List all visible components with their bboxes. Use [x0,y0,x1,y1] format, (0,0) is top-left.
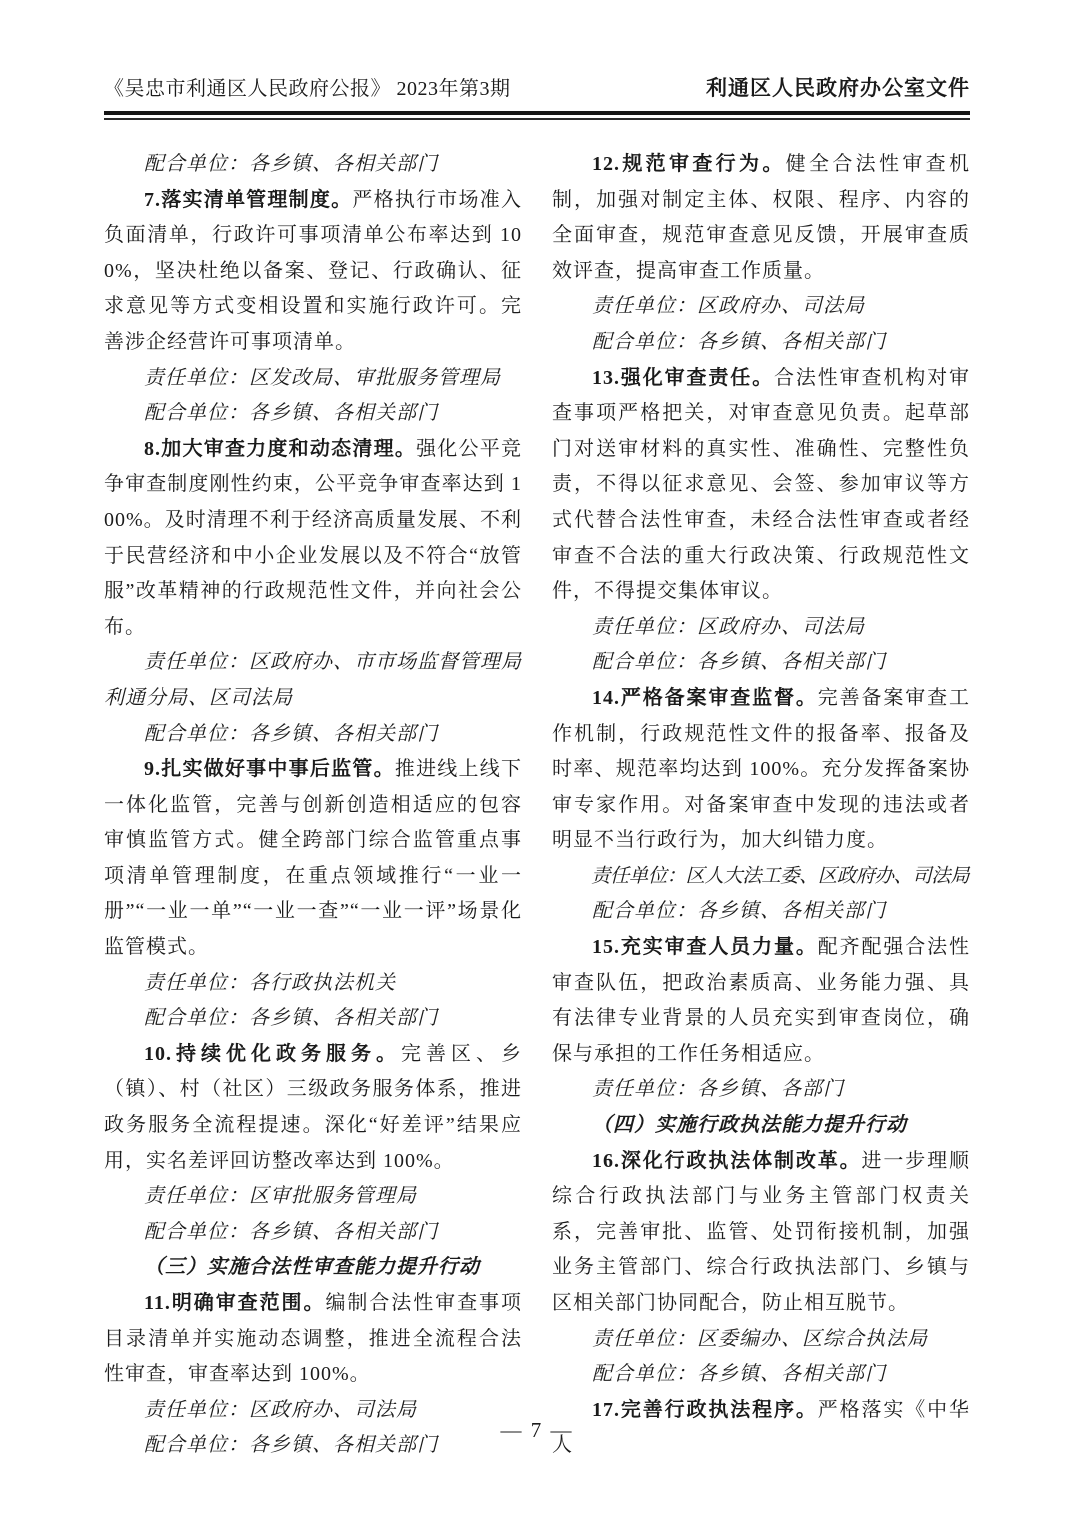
unit-line: 责任单位：各行政执法机关 [104,966,522,1002]
header-rule [104,111,970,120]
item-lead: 8.加大审查力度和动态清理。 [144,438,416,460]
item-paragraph: 14.严格备案审查监督。完善备案审查工作机制，行政规范性文件的报备率、报备及时率… [552,681,970,859]
item-paragraph: 9.扎实做好事中事后监管。推进线上线下一体化监管，完善与创新创造相适应的包容审慎… [104,752,522,966]
page-footer: — 7 — [0,1418,1074,1443]
item-paragraph: 12.规范审查行为。健全合法性审查机制，加强对制定主体、权限、程序、内容的全面审… [552,147,970,289]
unit-line: 配合单位：各乡镇、各相关部门 [104,1215,522,1251]
page-number: — 7 — [501,1418,574,1442]
unit-line: 责任单位：区审批服务管理局 [104,1179,522,1215]
item-lead: 10.持续优化政务服务。 [144,1043,401,1065]
item-body: 强化公平竞争审查制度刚性约束，公平竞争审查率达到 100%。及时清理不利于经济高… [104,438,522,638]
unit-line: 责任单位：区政府办、司法局 [552,610,970,646]
item-body: 进一步理顺综合行政执法部门与业务主管部门权责关系，完善审批、监管、处罚衔接机制，… [552,1150,970,1314]
item-paragraph: 15.充实审查人员力量。配齐配强合法性审查队伍，把政治素质高、业务能力强、具有法… [552,930,970,1072]
unit-line: 责任单位：区人大法工委、区政府办、司法局 [552,859,970,895]
item-body: 推进线上线下一体化监管，完善与创新创造相适应的包容审慎监管方式。健全跨部门综合监… [104,758,522,958]
unit-line: 责任单位：区发改局、审批服务管理局 [104,361,522,397]
item-paragraph: 16.深化行政执法体制改革。进一步理顺综合行政执法部门与业务主管部门权责关系，完… [552,1144,970,1322]
section-heading: （四）实施行政执法能力提升行动 [552,1108,970,1144]
unit-line: 责任单位：区政府办、市市场监督管理局利通分局、区司法局 [104,645,522,716]
unit-line: 配合单位：各乡镇、各相关部门 [104,147,522,183]
column-left: 配合单位：各乡镇、各相关部门7.落实清单管理制度。严格执行市场准入负面清单，行政… [104,147,522,1464]
item-lead: 13.强化审查责任。 [592,367,774,389]
column-right: 12.规范审查行为。健全合法性审查机制，加强对制定主体、权限、程序、内容的全面审… [552,147,970,1464]
unit-line: 配合单位：各乡镇、各相关部门 [552,1357,970,1393]
page-header: 《吴忠市利通区人民政府公报》 2023年第3期 利通区人民政府办公室文件 [104,72,970,102]
unit-line: 配合单位：各乡镇、各相关部门 [104,1001,522,1037]
unit-line: 配合单位：各乡镇、各相关部门 [552,645,970,681]
unit-line: 配合单位：各乡镇、各相关部门 [552,325,970,361]
item-paragraph: 8.加大审查力度和动态清理。强化公平竞争审查制度刚性约束，公平竞争审查率达到 1… [104,432,522,646]
item-lead: 9.扎实做好事中事后监管。 [144,758,395,780]
item-paragraph: 11.明确审查范围。编制合法性审查事项目录清单并实施动态调整，推进全流程合法性审… [104,1286,522,1393]
content-columns: 配合单位：各乡镇、各相关部门7.落实清单管理制度。严格执行市场准入负面清单，行政… [104,147,970,1464]
section-heading: （三）实施合法性审查能力提升行动 [104,1250,522,1286]
item-lead: 11.明确审查范围。 [144,1292,325,1314]
unit-line: 配合单位：各乡镇、各相关部门 [104,396,522,432]
item-lead: 14.严格备案审查监督。 [592,687,818,709]
item-lead: 16.深化行政执法体制改革。 [592,1150,862,1172]
item-lead: 7.落实清单管理制度。 [144,189,352,211]
document-category-label: 利通区人民政府办公室文件 [706,72,970,102]
item-paragraph: 10.持续优化政务服务。完善区、乡（镇）、村（社区）三级政务服务体系，推进政务服… [104,1037,522,1179]
unit-line: 责任单位：各乡镇、各部门 [552,1072,970,1108]
gazette-title: 《吴忠市利通区人民政府公报》 2023年第3期 [104,72,511,101]
item-body: 严格执行市场准入负面清单，行政许可事项清单公布率达到 100%，坚决杜绝以备案、… [104,189,522,353]
unit-line: 配合单位：各乡镇、各相关部门 [104,717,522,753]
unit-line: 责任单位：区政府办、司法局 [552,289,970,325]
item-lead: 12.规范审查行为。 [592,153,786,175]
item-lead: 15.充实审查人员力量。 [592,936,818,958]
item-paragraph: 7.落实清单管理制度。严格执行市场准入负面清单，行政许可事项清单公布率达到 10… [104,183,522,361]
unit-line: 配合单位：各乡镇、各相关部门 [552,894,970,930]
item-paragraph: 13.强化审查责任。合法性审查机构对审查事项严格把关，对审查意见负责。起草部门对… [552,361,970,610]
item-body: 合法性审查机构对审查事项严格把关，对审查意见负责。起草部门对送审材料的真实性、准… [552,367,970,603]
item-body: 完善备案审查工作机制，行政规范性文件的报备率、报备及时率、规范率均达到 100%… [552,687,970,851]
unit-line: 责任单位：区委编办、区综合执法局 [552,1322,970,1358]
document-page: 《吴忠市利通区人民政府公报》 2023年第3期 利通区人民政府办公室文件 配合单… [0,0,1074,1520]
